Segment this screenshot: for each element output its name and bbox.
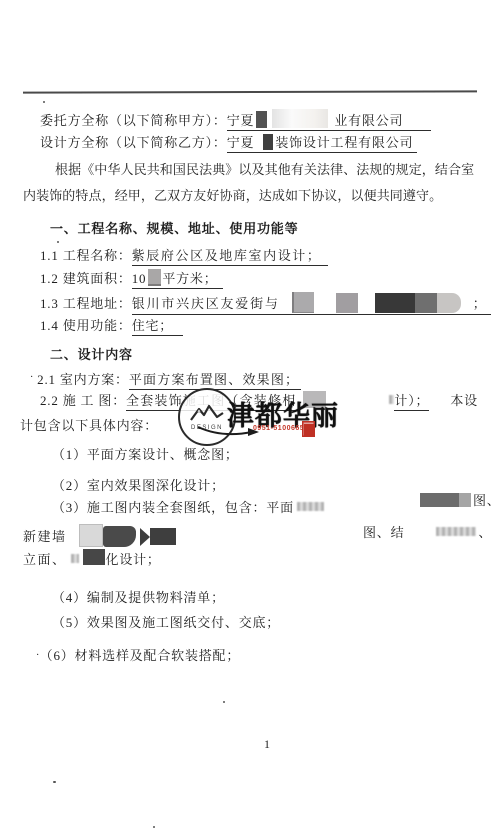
item-1-1-label: 1.1 工程名称： [40, 248, 132, 263]
item-2-1-value: 平面方案布置图、效果图； [129, 371, 301, 390]
mountain-icon [190, 404, 224, 424]
redaction-block [263, 134, 273, 150]
section1-title-text: 一、工程名称、规模、地址、使用功能等 [50, 221, 298, 236]
item-1-2-value-suffix: 平方米； [162, 271, 217, 286]
party-a-line: 委托方全称（以下简称甲方）：宁夏业有限公司 [40, 109, 431, 131]
scan-speck [153, 826, 155, 828]
item-1-1-value: 紫辰府公区及地库室内设计； [132, 247, 328, 266]
item-1-3-value-suffix: ； [473, 296, 487, 311]
detail-5-text: （5）效果图及施工图纸交付、交底； [52, 615, 280, 630]
item-1-3-value-prefix: 银川市兴庆区友爱街与 [132, 296, 280, 311]
detail-3-line2-right-text: 图、结 [363, 525, 404, 540]
item-1-3-label: 1.3 工程地址： [40, 296, 132, 311]
preamble-text1: 根据《中华人民共和国民法典》以及其他有关法律、法规的规定，结合室 [55, 162, 474, 177]
detail-3-line1-right: 图、 [420, 492, 500, 509]
illegible-smudge [71, 554, 79, 563]
detail-4-text: （4）编制及提供物料清单； [52, 590, 225, 605]
scan-speck [57, 241, 59, 243]
scan-speck [223, 701, 225, 703]
redaction-block [375, 293, 415, 313]
detail-3-line2-tail: 、 [478, 525, 492, 540]
detail-3-line3: 立面、化设计； [23, 549, 161, 568]
party-b-value-prefix: 宁夏 [227, 135, 255, 150]
redaction-block [420, 493, 459, 507]
item-2-2-value-suffix: 计）； [394, 392, 429, 411]
section2-title-text: 二、设计内容 [50, 347, 133, 362]
contract-scan-page: 委托方全称（以下简称甲方）：宁夏业有限公司 设计方全称（以下简称乙方）：宁夏装饰… [0, 0, 500, 830]
item-2-2-cont-text: 计包含以下具体内容： [20, 418, 158, 433]
redaction-block [83, 549, 105, 565]
detail-1-text: （1）平面方案设计、概念图； [52, 447, 239, 462]
detail-3-line3-left-text: 立面、 [23, 552, 67, 567]
detail-6-line: ·（6）材料选样及配合软装搭配； [36, 647, 240, 664]
redaction-block [292, 292, 314, 313]
watermark-seal-stamp [302, 421, 315, 437]
section2-title: 二、设计内容 [50, 346, 133, 363]
party-a-value-suffix: 业有限公司 [334, 113, 403, 128]
item-1-4-line: 1.4 使用功能：住宅； [40, 317, 183, 336]
detail-6-text: （6）材料选样及配合软装搭配； [46, 648, 240, 663]
redaction-block [150, 528, 176, 545]
party-a-label: 委托方全称（以下简称甲方）： [40, 113, 227, 128]
party-b-value-suffix: 装饰设计工程有限公司 [275, 135, 413, 150]
detail-5-line: （5）效果图及施工图纸交付、交底； [52, 614, 280, 631]
detail-2-text: （2）室内效果图深化设计； [52, 478, 225, 493]
illegible-smudge [389, 395, 394, 404]
redaction-block [103, 526, 136, 547]
detail-4-line: （4）编制及提供物料清单； [52, 589, 225, 606]
party-a-value-prefix: 宁夏 [227, 113, 255, 128]
page-number-text: 1 [264, 737, 271, 751]
preamble-line2: 内装饰的特点，经甲，乙双方友好协商，达成如下协议，以便共同遵守。 [23, 187, 442, 204]
detail-3-part1-text: （3）施工图内装全套图纸，包含：平面 [52, 500, 294, 515]
illegible-smudge [297, 502, 324, 511]
item-2-2-cont-line: 计包含以下具体内容： [20, 417, 158, 434]
item-1-2-value-prefix: 10 [132, 271, 147, 286]
party-b-line: 设计方全称（以下简称乙方）：宁夏装饰设计工程有限公司 [40, 134, 417, 153]
item-2-2-tail: 本设 [450, 393, 478, 408]
detail-3-line2-right: 图、结、 [363, 524, 492, 541]
scan-speck [53, 781, 56, 783]
item-1-2-line: 1.2 建筑面积：10平方米； [40, 269, 223, 289]
scan-speck [43, 101, 45, 103]
detail-3-line3-tail: 化设计； [106, 552, 161, 567]
redaction-block [272, 109, 328, 128]
detail-1-line: （1）平面方案设计、概念图； [52, 446, 239, 463]
item-2-1-mark: · [30, 372, 34, 383]
preamble-text2: 内装饰的特点，经甲，乙双方友好协商，达成如下协议，以便共同遵守。 [23, 188, 442, 203]
detail-6-mark: · [36, 650, 40, 661]
item-1-4-label: 1.4 使用功能： [40, 318, 132, 333]
watermark-phone: 0951-5100665 [253, 425, 304, 432]
redaction-block [415, 293, 437, 313]
redaction-block [140, 528, 150, 546]
item-1-4-value: 住宅； [132, 317, 183, 336]
party-b-label: 设计方全称（以下简称乙方）： [40, 135, 227, 150]
page-number: 1 [264, 736, 271, 753]
illegible-smudge [436, 527, 476, 536]
redaction-block [148, 269, 161, 286]
section1-title: 一、工程名称、规模、地址、使用功能等 [50, 220, 298, 237]
header-divider [23, 90, 477, 93]
preamble-line1: 根据《中华人民共和国民法典》以及其他有关法律、法规的规定，结合室 [55, 161, 474, 178]
redaction-block [459, 493, 471, 507]
watermark-swoosh [196, 424, 260, 438]
detail-3-part1-tail: 图、 [473, 493, 500, 508]
item-2-2-label: 2.2 施 工 图： [40, 393, 126, 408]
detail-3-line2-left-text: 新建墙 [23, 529, 67, 544]
redaction-block [437, 293, 461, 313]
redaction-block [336, 293, 358, 313]
item-2-1-label: 2.1 室内方案： [37, 372, 129, 387]
item-1-3-line: 1.3 工程地址：银川市兴庆区友爱街与； [40, 292, 491, 315]
redaction-block [256, 111, 267, 128]
detail-3-line1: （3）施工图内装全套图纸，包含：平面 [52, 499, 324, 516]
item-1-2-label: 1.2 建筑面积： [40, 271, 132, 286]
item-2-1-line: ·2.1 室内方案：平面方案布置图、效果图； [30, 369, 301, 390]
detail-3-line2: 新建墙 [23, 524, 176, 547]
item-1-1-line: 1.1 工程名称：紫辰府公区及地库室内设计； [40, 247, 328, 266]
detail-2-line: （2）室内效果图深化设计； [52, 477, 225, 494]
redaction-block [79, 524, 103, 547]
